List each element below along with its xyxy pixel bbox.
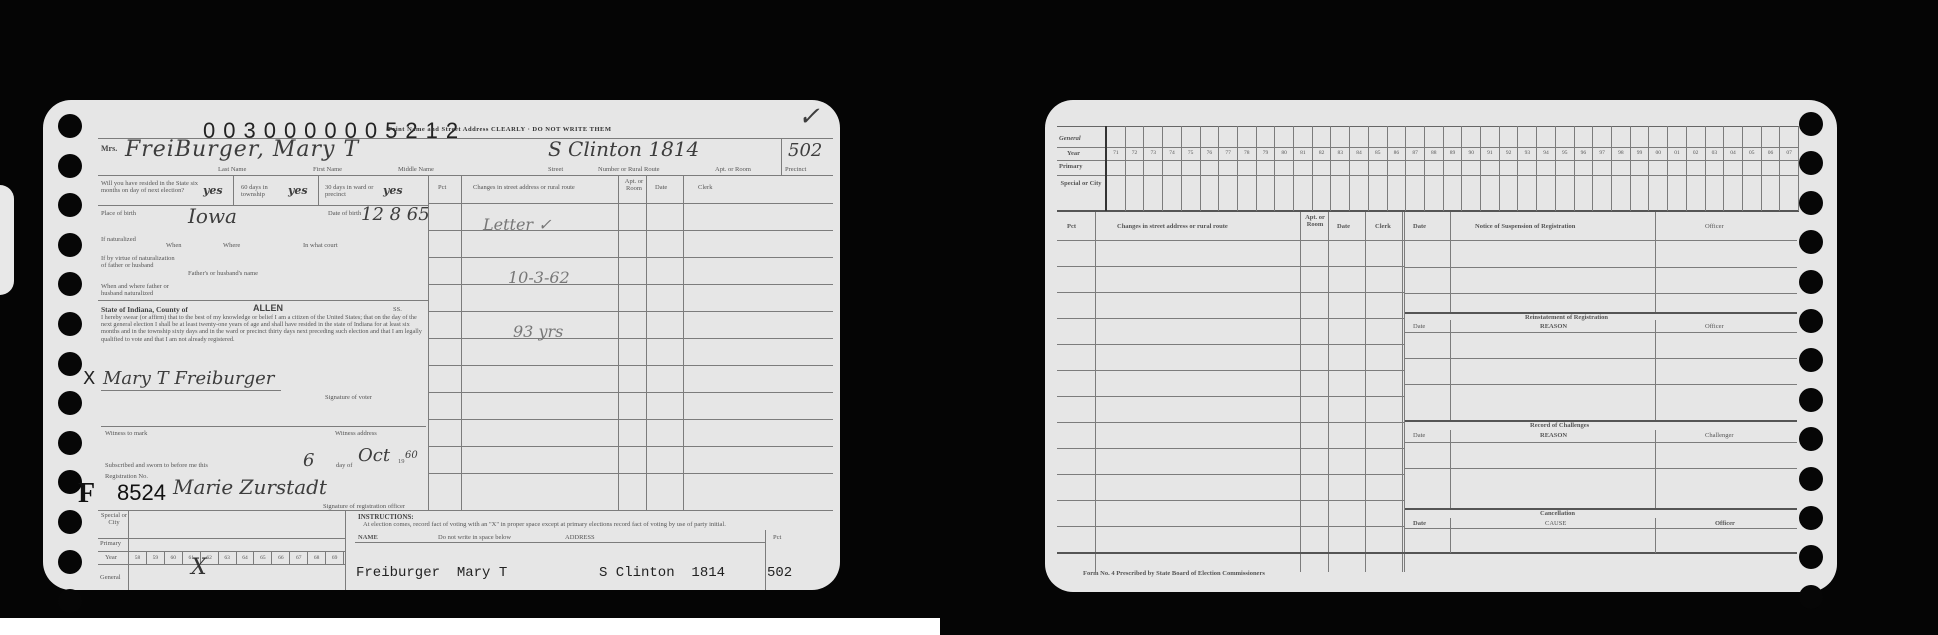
punch-hole xyxy=(58,312,82,336)
number-route-label: Number or Rural Route xyxy=(598,166,660,173)
punch-hole xyxy=(58,114,82,138)
punch-holes xyxy=(58,114,82,613)
back-year-cell: 74 xyxy=(1163,126,1182,211)
registration-officer-signature: Marie Zurstadt xyxy=(173,475,327,499)
front-year-cell: 67 xyxy=(290,552,308,564)
back-year-cell: 77 xyxy=(1219,126,1238,211)
name-label: NAME xyxy=(358,534,378,541)
title-label: Mrs. xyxy=(101,144,117,153)
back-year-label: 05 xyxy=(1743,150,1761,156)
back-year-cell: 95 xyxy=(1556,126,1575,211)
back-year-label: 72 xyxy=(1126,150,1144,156)
check-mark: ✓ xyxy=(798,102,820,132)
back-changes-apt-header: Apt. or Room xyxy=(1303,214,1327,229)
reinstatement-reason-header: REASON xyxy=(1540,323,1567,330)
punch-hole xyxy=(1799,427,1823,451)
back-grid-general-label: General xyxy=(1059,135,1081,142)
back-year-label: 01 xyxy=(1668,150,1686,156)
back-year-cell: 79 xyxy=(1257,126,1276,211)
back-year-label: 81 xyxy=(1294,150,1312,156)
challenges-challenger-header: Challenger xyxy=(1705,432,1734,439)
back-year-label: 85 xyxy=(1369,150,1387,156)
do-not-write-label: Do not write in space below xyxy=(438,534,511,541)
back-year-cell: 83 xyxy=(1331,126,1350,211)
back-year-cell: 80 xyxy=(1275,126,1294,211)
cancellation-cause-header: CAUSE xyxy=(1545,520,1566,527)
back-year-label: 98 xyxy=(1612,150,1630,156)
back-year-label: 02 xyxy=(1687,150,1705,156)
back-year-label: 78 xyxy=(1238,150,1256,156)
punch-hole xyxy=(1799,151,1823,175)
back-year-cell: 05 xyxy=(1743,126,1762,211)
back-year-cell: 72 xyxy=(1126,126,1145,211)
apt-room-label: Apt. or Room xyxy=(715,166,751,173)
reinstatement-date-header: Date xyxy=(1413,323,1425,330)
back-grid-primary-label: Primary xyxy=(1059,163,1082,170)
middle-name-label: Middle Name xyxy=(398,166,434,173)
witness-address-label: Witness address xyxy=(335,430,377,437)
back-year-label: 82 xyxy=(1313,150,1331,156)
back-year-cell: 01 xyxy=(1668,126,1687,211)
back-year-cell: 00 xyxy=(1649,126,1668,211)
address-label: ADDRESS xyxy=(565,534,595,541)
front-year-label: 59 xyxy=(147,555,164,561)
oath-text: I hereby swear (or affirm) that to the b… xyxy=(101,314,426,343)
front-year-label: 60 xyxy=(165,555,182,561)
changes-address-header: Changes in street address or rural route xyxy=(473,184,575,191)
punch-hole xyxy=(1799,191,1823,215)
instructions-heading: INSTRUCTIONS: xyxy=(358,513,414,521)
back-year-cell: 88 xyxy=(1425,126,1444,211)
suspension-notice-header: Notice of Suspension of Registration xyxy=(1475,223,1575,230)
residency-state-answer: yes xyxy=(203,184,223,197)
cancellation-officer-header: Officer xyxy=(1715,520,1735,527)
back-year-label: 74 xyxy=(1163,150,1181,156)
punch-hole xyxy=(58,550,82,574)
front-year-label: 67 xyxy=(290,555,307,561)
back-year-cell: 85 xyxy=(1369,126,1388,211)
fathers-name-label: Father's or husband's name xyxy=(188,270,258,277)
punch-hole xyxy=(1799,467,1823,491)
back-changes-pct-header: Pct xyxy=(1067,223,1076,230)
residency-precinct-label: 30 days in ward or precinct xyxy=(325,184,385,199)
suspension-officer-header: Officer xyxy=(1705,223,1724,230)
punch-hole xyxy=(1799,112,1823,136)
back-year-label: 77 xyxy=(1219,150,1237,156)
back-year-cell: 82 xyxy=(1313,126,1332,211)
year-prefix: 19 xyxy=(398,458,405,465)
back-year-cell: 02 xyxy=(1687,126,1706,211)
back-year-cells: 7172737475767778798081828384858687888990… xyxy=(1107,126,1799,211)
back-year-cell: 75 xyxy=(1182,126,1201,211)
front-year-label: 58 xyxy=(129,555,146,561)
back-year-label: 89 xyxy=(1444,150,1462,156)
back-year-label: 90 xyxy=(1462,150,1480,156)
punch-hole xyxy=(58,272,82,296)
back-year-label: 80 xyxy=(1275,150,1293,156)
back-year-cell: 94 xyxy=(1537,126,1556,211)
back-year-label: 75 xyxy=(1182,150,1200,156)
instructions-text: At election comes, record fact of voting… xyxy=(363,521,783,528)
voter-registration-card-front: 0030000005212 Print Name and Street Addr… xyxy=(43,100,840,590)
reinstatement-officer-header: Officer xyxy=(1705,323,1724,330)
front-year-cell: 60 xyxy=(165,552,183,564)
back-grid-year-label: Year xyxy=(1067,150,1080,157)
subscribed-year: 60 xyxy=(405,450,418,461)
naturalized-label: If naturalized xyxy=(101,236,161,243)
voter-signature: Mary T Freiburger xyxy=(103,368,274,389)
back-year-cell: 98 xyxy=(1612,126,1631,211)
punch-hole xyxy=(58,510,82,534)
back-year-cell: 91 xyxy=(1481,126,1500,211)
birthplace-value: Iowa xyxy=(188,204,237,228)
back-year-cell: 71 xyxy=(1107,126,1126,211)
cancellation-title: Cancellation xyxy=(1540,510,1575,517)
back-year-cell: 06 xyxy=(1762,126,1781,211)
changes-apt-header: Apt. or Room xyxy=(623,178,645,193)
voter-address-handwritten: S Clinton 1814 xyxy=(548,137,699,161)
front-year-label: 69 xyxy=(326,555,343,561)
back-year-label: 93 xyxy=(1518,150,1536,156)
punch-hole xyxy=(58,352,82,376)
challenges-date-header: Date xyxy=(1413,432,1425,439)
punch-hole xyxy=(1799,230,1823,254)
back-year-label: 95 xyxy=(1556,150,1574,156)
back-year-label: 99 xyxy=(1631,150,1649,156)
challenges-reason-header: REASON xyxy=(1540,432,1567,439)
naturalized-when-label: When xyxy=(166,242,182,249)
back-year-label: 73 xyxy=(1144,150,1162,156)
front-year-cells: 585960616263646566676869 xyxy=(129,552,344,564)
back-year-cell: 92 xyxy=(1500,126,1519,211)
back-year-cell: 86 xyxy=(1388,126,1407,211)
registration-letter: F xyxy=(78,478,95,510)
first-name-label: First Name xyxy=(313,166,342,173)
typed-name: Freiburger Mary T xyxy=(356,565,507,581)
form-footer: Form No. 4 Prescribed by State Board of … xyxy=(1083,570,1265,577)
front-year-cell: 68 xyxy=(308,552,326,564)
birthplace-label: Place of birth xyxy=(101,210,151,217)
witness-mark-label: Witness to mark xyxy=(105,430,147,437)
punch-hole xyxy=(58,589,82,613)
back-year-label: 83 xyxy=(1331,150,1349,156)
changes-pct-header: Pct xyxy=(438,184,446,191)
front-year-cell: 66 xyxy=(272,552,290,564)
typed-precinct: 502 xyxy=(767,565,792,581)
front-year-cell: 58 xyxy=(129,552,147,564)
birthdate-value: 12 8 65 xyxy=(361,204,430,225)
front-year-label: 63 xyxy=(219,555,236,561)
scan-margin-strip xyxy=(0,618,940,635)
front-year-cell: 65 xyxy=(254,552,272,564)
naturalized-court-label: In what court xyxy=(303,242,338,249)
back-changes-clerk-header: Clerk xyxy=(1375,223,1391,230)
grid-year-label: Year xyxy=(105,554,117,561)
change-entry-3: 93 yrs xyxy=(513,322,563,341)
reinstatement-title: Reinstatement of Registration xyxy=(1525,314,1608,321)
back-year-label: 79 xyxy=(1257,150,1275,156)
back-year-cell: 78 xyxy=(1238,126,1257,211)
front-year-cell: 64 xyxy=(237,552,255,564)
back-year-cell: 93 xyxy=(1518,126,1537,211)
back-year-label: 03 xyxy=(1706,150,1724,156)
back-year-cell: 99 xyxy=(1631,126,1650,211)
subscribed-month: Oct xyxy=(358,445,390,466)
suspension-date-header: Date xyxy=(1413,223,1426,230)
grid-primary-label: Primary xyxy=(100,540,121,547)
back-year-label: 96 xyxy=(1575,150,1593,156)
general-vote-mark: X xyxy=(191,555,207,580)
back-changes-date-header: Date xyxy=(1337,223,1350,230)
back-changes-address-header: Changes in street address or rural route xyxy=(1117,223,1228,230)
voter-name-handwritten: FreiBurger, Mary T xyxy=(125,137,359,162)
back-year-cell: 73 xyxy=(1144,126,1163,211)
cancellation-date-header: Date xyxy=(1413,520,1426,527)
residency-township-answer: yes xyxy=(288,184,308,197)
back-grid-special-label: Special or City xyxy=(1059,180,1103,187)
punch-holes xyxy=(1799,112,1823,609)
scan-edge-artifact xyxy=(0,185,14,295)
back-year-label: 76 xyxy=(1201,150,1219,156)
back-year-cell: 87 xyxy=(1406,126,1425,211)
father-naturalized-label: When and where father or husband natural… xyxy=(101,283,191,298)
change-entry-2: 10-3-62 xyxy=(508,268,570,287)
punch-hole xyxy=(1799,585,1823,609)
back-year-label: 84 xyxy=(1350,150,1368,156)
pct-label: Pct xyxy=(773,534,781,541)
back-year-label: 94 xyxy=(1537,150,1555,156)
back-year-label: 71 xyxy=(1107,150,1125,156)
voter-registration-card-back: General Year Primary Special or City 717… xyxy=(1045,100,1837,592)
back-year-label: 88 xyxy=(1425,150,1443,156)
front-year-label: 66 xyxy=(272,555,289,561)
back-year-cell: 84 xyxy=(1350,126,1369,211)
back-year-cell: 96 xyxy=(1575,126,1594,211)
punch-hole xyxy=(58,193,82,217)
back-year-label: 91 xyxy=(1481,150,1499,156)
front-year-label: 65 xyxy=(254,555,271,561)
punch-hole xyxy=(1799,270,1823,294)
back-year-label: 86 xyxy=(1388,150,1406,156)
punch-hole xyxy=(1799,309,1823,333)
back-year-cell: 81 xyxy=(1294,126,1313,211)
residency-precinct-answer: yes xyxy=(383,184,403,197)
by-virtue-label: If by virtue of naturalization of father… xyxy=(101,255,176,270)
subscribed-day: 6 xyxy=(303,450,314,471)
back-year-label: 87 xyxy=(1406,150,1424,156)
punch-hole xyxy=(1799,388,1823,412)
punch-hole xyxy=(1799,506,1823,530)
punch-hole xyxy=(58,154,82,178)
naturalized-where-label: Where xyxy=(223,242,240,249)
grid-special-label: Special or City xyxy=(100,512,128,527)
front-year-cell: 69 xyxy=(326,552,344,564)
front-year-label: 64 xyxy=(237,555,254,561)
signature-label: Signature of voter xyxy=(325,394,372,401)
back-year-label: 92 xyxy=(1500,150,1518,156)
punch-hole xyxy=(1799,545,1823,569)
typed-address: S Clinton 1814 xyxy=(599,565,725,581)
change-entry-1: Letter ✓ xyxy=(483,215,552,234)
state-county-label: State of Indiana, County of xyxy=(101,305,188,314)
challenges-title: Record of Challenges xyxy=(1530,422,1589,429)
punch-hole xyxy=(58,391,82,415)
front-year-cell: 63 xyxy=(219,552,237,564)
front-year-label: 68 xyxy=(308,555,325,561)
punch-hole xyxy=(58,431,82,455)
back-year-label: 07 xyxy=(1780,150,1798,156)
last-name-label: Last Name xyxy=(218,166,246,173)
back-year-label: 97 xyxy=(1593,150,1611,156)
back-year-label: 06 xyxy=(1762,150,1780,156)
print-instruction: Print Name and Street Address CLEARLY · … xyxy=(388,126,612,133)
back-year-cell: 76 xyxy=(1201,126,1220,211)
precinct-handwritten: 502 xyxy=(788,140,822,161)
street-label: Street xyxy=(548,166,563,173)
punch-hole xyxy=(58,233,82,257)
residency-township-label: 60 days in township xyxy=(241,184,291,199)
back-year-label: 04 xyxy=(1724,150,1742,156)
back-year-cell: 97 xyxy=(1593,126,1612,211)
day-of-label: day of xyxy=(336,462,352,469)
front-year-cell: 59 xyxy=(147,552,165,564)
back-year-cell: 07 xyxy=(1780,126,1799,211)
signature-mark: X xyxy=(83,368,95,389)
birthdate-label: Date of birth xyxy=(328,210,363,217)
back-year-label: 00 xyxy=(1649,150,1667,156)
back-year-cell: 04 xyxy=(1724,126,1743,211)
ss-label: SS. xyxy=(393,306,402,313)
precinct-label: Precinct xyxy=(785,166,806,173)
punch-hole xyxy=(1799,348,1823,372)
changes-date-header: Date xyxy=(655,184,667,191)
changes-clerk-header: Clerk xyxy=(698,184,712,191)
subscribed-label: Subscribed and sworn to before me this xyxy=(105,462,208,469)
county-value: ALLEN xyxy=(253,303,283,313)
back-year-cell: 03 xyxy=(1706,126,1725,211)
grid-general-label: General xyxy=(100,574,121,581)
back-year-cell: 90 xyxy=(1462,126,1481,211)
registration-number: 8524 xyxy=(117,480,166,506)
residency-state-label: Will you have resided in the State six m… xyxy=(101,180,201,195)
back-year-cell: 89 xyxy=(1444,126,1463,211)
